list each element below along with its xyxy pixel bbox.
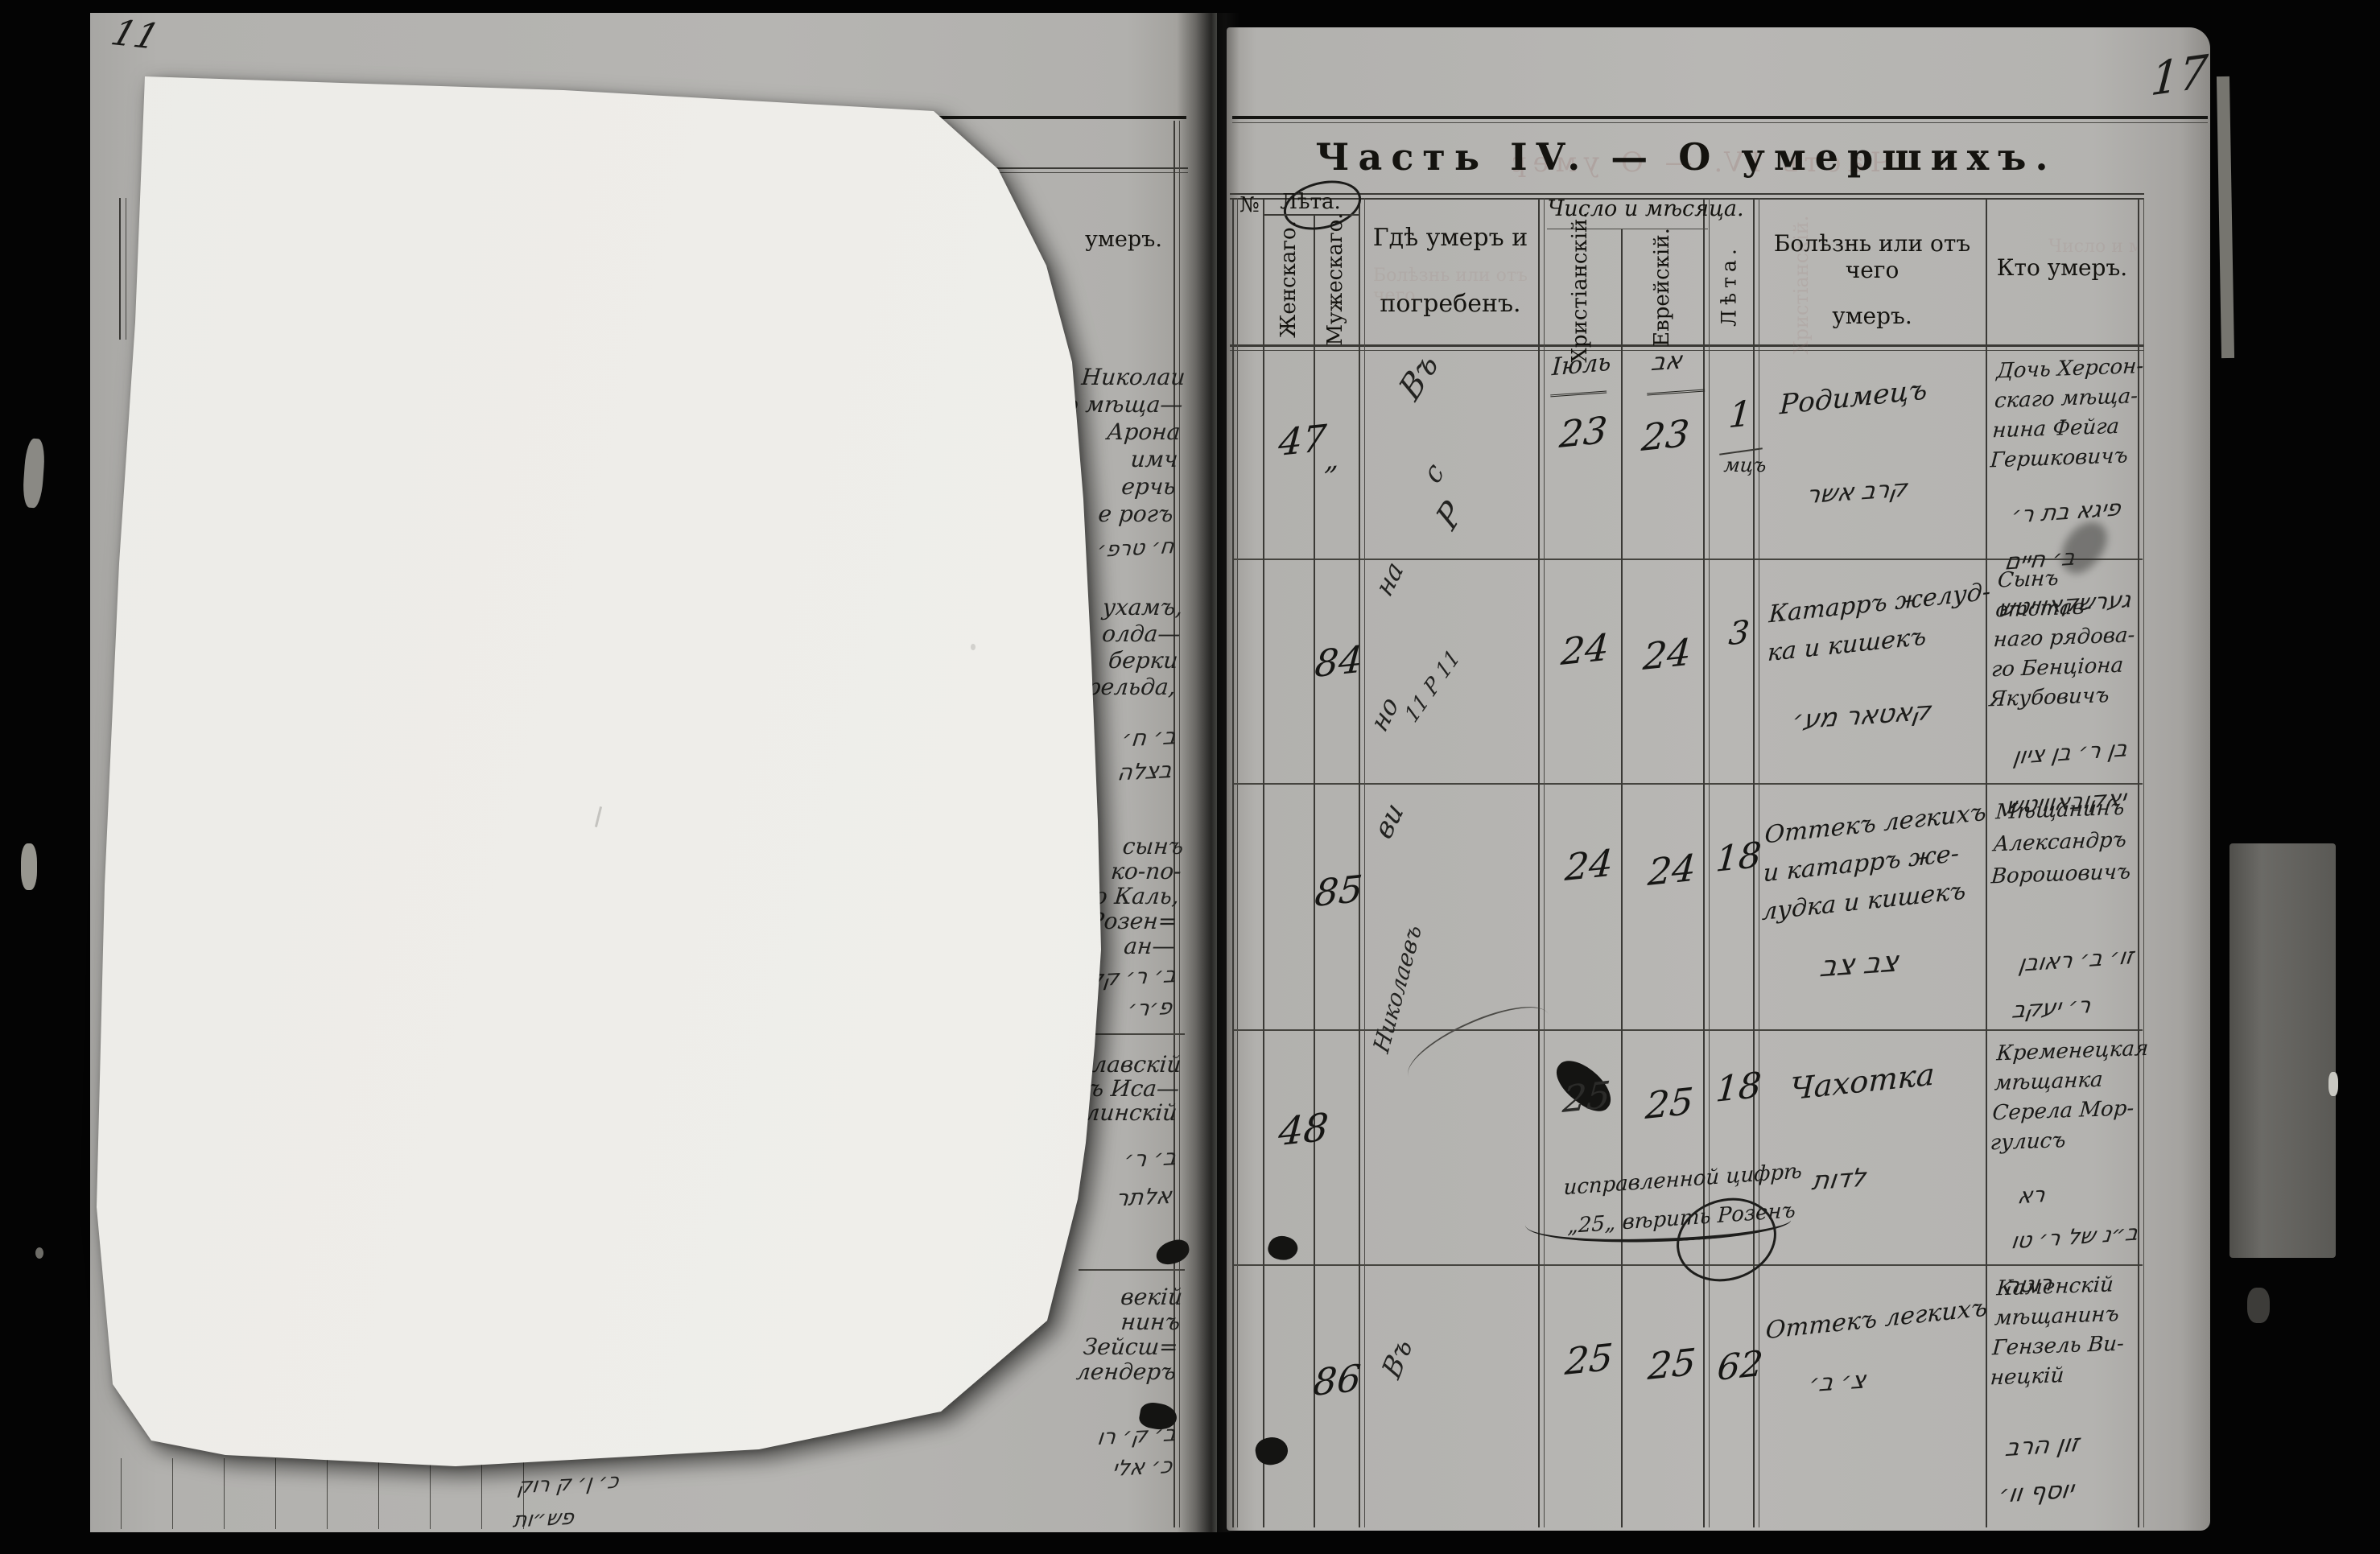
deceased-name: КременецкаямѣщанкаСерела Мор-гулисъ	[1990, 1034, 2155, 1159]
deceased-name: Сынъ отстав-наго рядова-го БенціонаЯкубо…	[1988, 561, 2156, 715]
hebrew-line: זון הרביוסף וו׳	[1995, 1420, 2084, 1519]
christian-day: 24	[1560, 625, 1611, 674]
ditto-mark: „	[1323, 443, 1340, 477]
age-value: 62	[1716, 1343, 1764, 1389]
christian-day: 25	[1564, 1335, 1615, 1383]
col-line-no	[1263, 198, 1264, 1527]
col-line-male-where2	[1364, 198, 1365, 1527]
who-bleed-ghost: Число и мѣсяца.	[2048, 237, 2137, 257]
margin-clip-mark	[21, 843, 37, 890]
age-value: 1	[1727, 394, 1753, 437]
margin-clip-mark	[22, 438, 46, 508]
hebrew-line: ב׳ ק׳ רוכ׳ אלי	[1048, 1418, 1178, 1489]
sheet-speck	[971, 644, 976, 650]
book-clamp	[2229, 843, 2336, 1258]
col-line-christian-jewish	[1621, 229, 1623, 1527]
left-bottom-rule	[430, 1458, 431, 1529]
page-number: 17	[2149, 45, 2209, 106]
cause-of-death: Оттекъ легкихъи катарръ же-лудка и кишек…	[1761, 793, 1986, 932]
col-line-jewish-age	[1703, 198, 1705, 1527]
month-christian: Іюль	[1551, 348, 1611, 382]
col-line-female-male	[1314, 215, 1315, 1527]
col-header-female: Женскаго.	[1277, 191, 1301, 368]
left-row-divider	[1079, 1033, 1185, 1035]
deceased-name: КаменскіймѣщанинъГензель Ви-нецкій	[1990, 1269, 2155, 1394]
header-bottom-line2	[1230, 350, 2144, 351]
disease-bleed-ghost: Христіанскій.	[1790, 196, 1813, 373]
left-bottom-rule	[327, 1458, 328, 1529]
left-row-divider	[1079, 1269, 1185, 1271]
left-page-header-rule	[964, 167, 1188, 169]
hebrew-line: צ׳ ב׳	[1807, 1366, 1867, 1399]
jewish-day: 25	[1644, 1079, 1695, 1127]
entry-number-female: 48	[1277, 1105, 1330, 1155]
left-page-frame-line2	[126, 198, 126, 340]
deceased-name: МѣщанинъАлександръВорошовичъ	[1990, 791, 2154, 893]
left-bottom-rule	[224, 1458, 225, 1529]
margin-speck	[2247, 1288, 2270, 1323]
hebrew-line: זו׳ ב׳ ראובןר׳ יעקב	[2009, 933, 2137, 1034]
left-bottom-rule	[481, 1458, 482, 1529]
col-line-where-christian2	[1544, 198, 1545, 1527]
age-unit: мцъ	[1723, 454, 1768, 476]
table-left-edge2	[1237, 198, 1238, 1527]
entry-number-male: 84	[1314, 637, 1364, 686]
table-top-line	[1230, 193, 2144, 195]
col-header-disease-1: Болѣзнь или отъ чего	[1759, 230, 1985, 283]
jewish-day: 23	[1640, 411, 1691, 460]
col-header-where-1: Гдѣ умеръ и	[1363, 224, 1537, 252]
christian-day: 24	[1564, 841, 1615, 889]
margin-speck	[35, 1247, 43, 1259]
hebrew-line: צב צב	[1817, 946, 1900, 984]
jewish-day: 24	[1647, 846, 1697, 894]
margin-speck	[2328, 1072, 2338, 1096]
page-title: Часть IV. — О умершихъ.	[1230, 135, 2143, 179]
hebrew-line: ב׳ ר׳ קלמןפ׳ר׳	[1048, 959, 1178, 1030]
age-value: 3	[1727, 614, 1751, 653]
christian-day: 23	[1558, 408, 1609, 456]
right-page-top-rule2	[1232, 122, 2208, 123]
jewish-day: 25	[1647, 1340, 1697, 1388]
col-header-male: Мужескаго.	[1323, 191, 1347, 368]
entry-number-male: 85	[1314, 867, 1364, 915]
age-value: 18	[1714, 1065, 1763, 1111]
col-header-age: Лѣта.	[1718, 197, 1741, 374]
left-entry-fragment: сынъко-по-го Каль,Розен=ан—	[1047, 834, 1185, 958]
hebrew-line: כ׳ ן׳ ק רוקפש״ות	[511, 1462, 656, 1538]
header-bottom-line	[1230, 344, 2144, 347]
right-page-top-rule	[1232, 116, 2208, 119]
col-header-who: Кто умеръ.	[1986, 254, 2139, 281]
left-bottom-rule	[172, 1458, 173, 1529]
left-page-frame-line	[119, 198, 121, 340]
row-divider	[1232, 1029, 2143, 1031]
hebrew-line: לדות	[1810, 1162, 1868, 1196]
col-line-jewish-age2	[1709, 198, 1710, 1527]
left-bottom-rule	[378, 1458, 379, 1529]
jewish-day: 24	[1642, 630, 1693, 678]
col-line-disease-who	[1986, 198, 1987, 1527]
col-line-where-christian	[1538, 198, 1540, 1527]
page-edge-strip	[2217, 76, 2234, 358]
hebrew-line: ב׳ ר׳אלתר	[1047, 1138, 1178, 1222]
left-bottom-rule	[275, 1458, 276, 1529]
entry-number-female: 47	[1277, 416, 1328, 464]
col-header-no: №	[1239, 193, 1260, 217]
entry-number-male: 86	[1312, 1356, 1363, 1404]
col-header-disease-2: умеръ.	[1759, 303, 1985, 329]
col-header-christian: Христіанскій.	[1568, 199, 1592, 376]
left-entry-fragment: векійнинъЗейсш=лендеръ	[1049, 1284, 1184, 1384]
book-gutter	[1177, 13, 1239, 1532]
christian-day: 25	[1561, 1073, 1612, 1121]
col-line-male-where	[1359, 198, 1360, 1527]
where-bleed-ghost: Болѣзнь или отъ чего	[1373, 266, 1534, 306]
left-page	[90, 13, 1217, 1532]
left-page-header-rule2	[964, 172, 1188, 173]
hebrew-line: ב׳ ח׳בצלה	[1048, 719, 1178, 793]
deceased-name: Дочь Херсон-скаго мѣща-нина ФейгаГершков…	[1990, 352, 2155, 476]
age-value: 18	[1714, 835, 1763, 880]
month-jewish: אב	[1649, 347, 1684, 377]
row-divider	[1232, 783, 2143, 785]
table-left-edge	[1232, 198, 1234, 1527]
left-entry-fragment: елавскійнъ Иса—олинскій	[1050, 1053, 1182, 1125]
left-bottom-rule	[121, 1458, 122, 1529]
book-scan: 11 умеръ. Николаио мѣща—Аронаимчерчье ро…	[0, 0, 2380, 1554]
left-entry-fragment: Николаио мѣща—Аронаимчерчье рогъ	[1046, 364, 1186, 528]
left-page-top-rule	[927, 116, 1186, 119]
left-entry-fragment: ухамъ,олда—беркирельда,	[1048, 594, 1184, 700]
left-page-header-fragment: умеръ.	[1085, 227, 1162, 252]
